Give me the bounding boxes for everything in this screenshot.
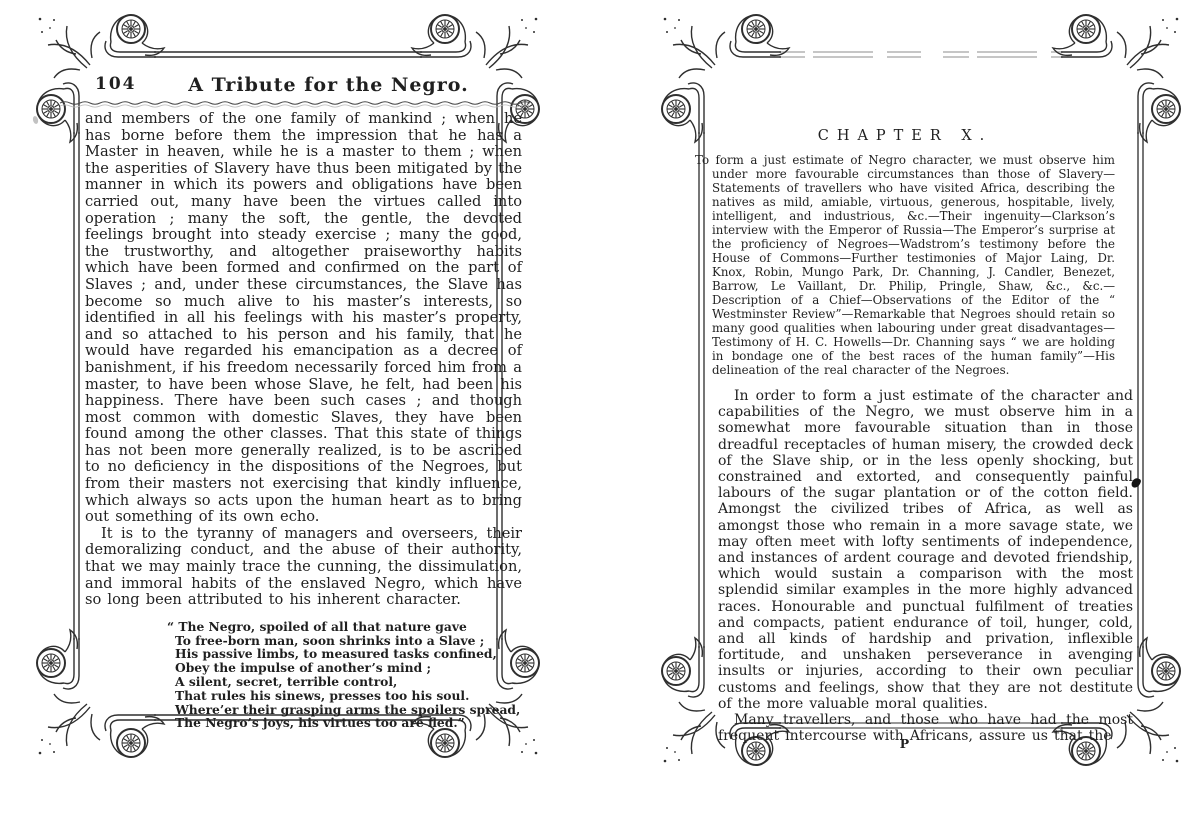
paragraph: and members of the one family of mankind… xyxy=(85,111,522,526)
poem-line: Obey the impulse of another’s mind ; xyxy=(175,661,522,675)
poem-line: Where’er their grasping arms the spoiler… xyxy=(175,703,522,717)
poem-line: To free-born man, soon shrinks into a Sl… xyxy=(175,634,522,648)
running-head: 104 A Tribute for the Negro. xyxy=(85,74,522,100)
signature-mark: P xyxy=(695,736,1115,751)
right-page: CHAPTER X. To form a just estimate of Ne… xyxy=(655,8,1187,772)
left-text-column: and members of the one family of mankind… xyxy=(85,111,522,730)
book-spread: 104 A Tribute for the Negro. and members… xyxy=(0,0,1200,816)
poem-line: That rules his sinews, presses too his s… xyxy=(175,689,522,703)
chapter-summary: To form a just estimate of Negro charact… xyxy=(695,153,1115,377)
page-number: 104 xyxy=(95,74,137,94)
running-title: A Tribute for the Negro. xyxy=(145,74,512,96)
wavy-rule xyxy=(58,100,536,109)
poem-line: The Negro’s joys, his virtues too are fl… xyxy=(175,716,522,730)
poem-line: “ The Negro, spoiled of all that nature … xyxy=(167,620,522,634)
left-page: 104 A Tribute for the Negro. and members… xyxy=(30,8,546,764)
chapter-heading: CHAPTER X. xyxy=(695,128,1115,144)
paragraph: It is to the tyranny of managers and ove… xyxy=(85,526,522,609)
right-text-column: CHAPTER X. To form a just estimate of Ne… xyxy=(655,128,1187,744)
paragraph: In order to form a just estimate of the … xyxy=(718,388,1133,712)
poem-line: His passive limbs, to measured tasks con… xyxy=(175,647,522,661)
poem-block: “ The Negro, spoiled of all that nature … xyxy=(167,620,522,730)
poem-line: A silent, secret, terrible control, xyxy=(175,675,522,689)
